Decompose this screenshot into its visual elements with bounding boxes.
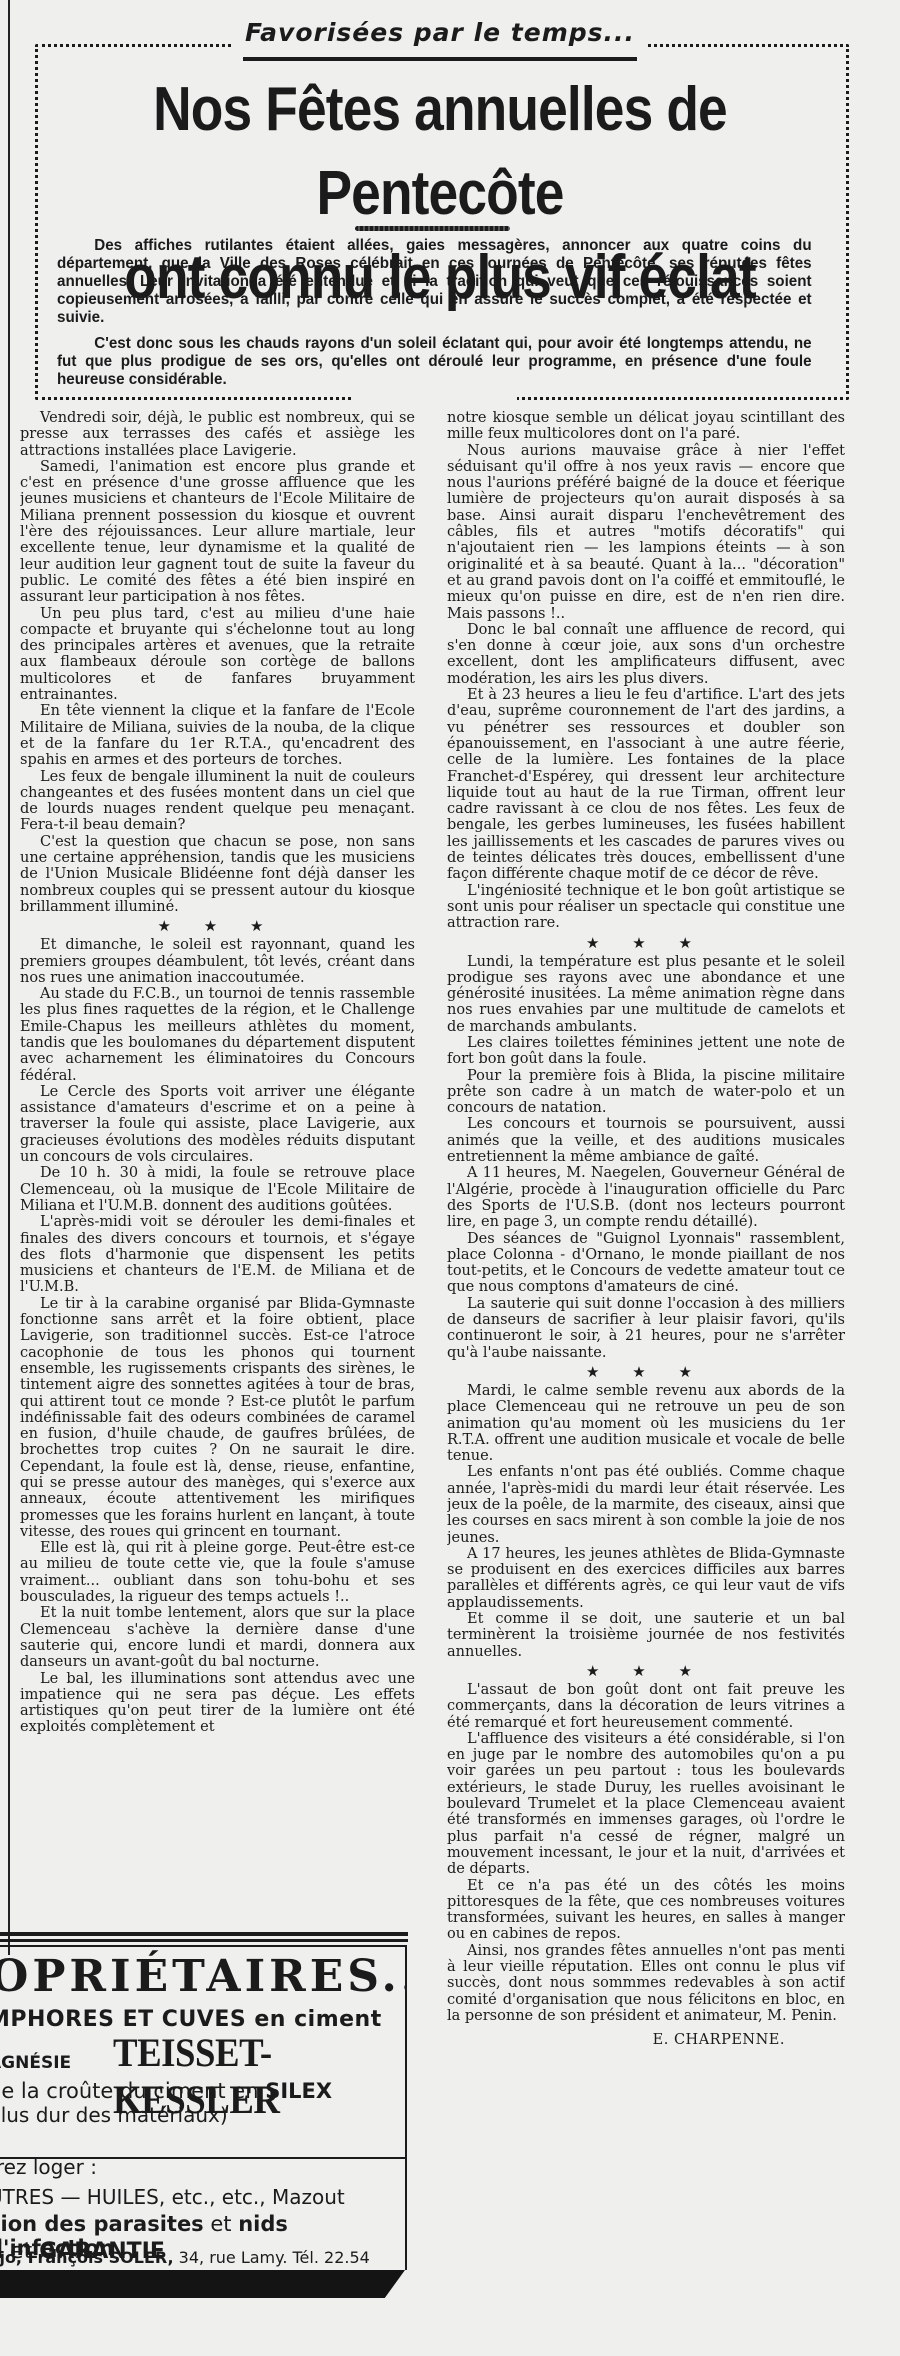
paragraph: Et comme il se doit, une sauterie et un … [447,1611,845,1660]
paragraph: En tête viennent la clique et la fanfare… [20,703,415,768]
column-rule-left [8,0,10,1955]
ad-contact-bold: djo, François SOLER, [0,2248,174,2267]
ad-text-bold: sion des parasites [0,2212,204,2236]
paragraph: Donc le bal connaît une affluence de rec… [447,622,845,687]
frame-gap [352,387,517,401]
ad-text-part: et [210,2212,231,2236]
paragraph: La sauterie qui suit donne l'occasion à … [447,1296,845,1361]
paragraph: Elle est là, qui rit à pleine gorge. Peu… [20,1540,415,1605]
section-separator: ★ ★ ★ [447,934,845,952]
lead-paragraph: Des affiches rutilantes étaient allées, … [57,237,812,327]
paragraph: Au stade du F.C.B., un tournoi de tennis… [20,986,415,1084]
ad-top-rule [0,1939,408,1942]
kicker-underline [243,57,637,61]
paragraph: Le Cercle des Sports voit arriver une él… [20,1084,415,1165]
ad-text: AGNÉSIE [0,2053,71,2073]
paragraph: A 17 heures, les jeunes athlètes de Blid… [447,1546,845,1611]
kicker: Favorisées par le temps... [240,18,640,47]
ad-shadow-bar [0,2270,405,2298]
paragraph: Les feux de bengale illuminent la nuit d… [20,769,415,834]
paragraph: Nous aurions mauvaise grâce à nier l'eff… [447,443,845,622]
paragraph: Mardi, le calme semble revenu aux abords… [447,1383,845,1464]
paragraph: Le bal, les illuminations sont attendus … [20,1671,415,1736]
lead-paragraphs: Des affiches rutilantes étaient allées, … [57,237,812,397]
paragraph: L'après-midi voit se dérouler les demi-f… [20,1214,415,1295]
lead-paragraph: C'est donc sous les chauds rayons d'un s… [57,335,812,389]
headline-line-1: Nos Fêtes annuelles de Pentecôte [96,68,784,236]
paragraph: notre kiosque semble un délicat joyau sc… [447,410,845,443]
paragraph: Des séances de "Guignol Lyonnais" rassem… [447,1231,845,1296]
paragraph: C'est la question que chacun se pose, no… [20,834,415,915]
paragraph: A 11 heures, M. Naegelen, Gouverneur Gén… [447,1165,845,1230]
advertisement: OPRIÉTAIRES... MPHORES ET CUVES en cimen… [0,1945,407,2159]
paragraph: Ainsi, nos grandes fêtes annuelles n'ont… [447,1943,845,2024]
paragraph: Les concours et tournois se poursuivent,… [447,1116,845,1165]
paragraph: Et à 23 heures a lieu le feu d'artifice.… [447,687,845,883]
paragraph: Et la nuit tombe lentement, alors que su… [20,1605,415,1670]
ad-text-part: de la croûte du ciment en [0,2079,259,2103]
paragraph: Samedi, l'animation est encore plus gran… [20,459,415,606]
paragraph: L'affluence des visiteurs a été considér… [447,1731,845,1878]
ad-text: de la croûte du ciment en SILEX [0,2079,332,2103]
paragraph: Le tir à la carabine organisé par Blida-… [20,1296,415,1540]
article-column-right: notre kiosque semble un délicat joyau sc… [447,410,845,2345]
paragraph: Lundi, la température est plus pesante e… [447,954,845,1035]
paragraph: Et dimanche, le soleil est rayonnant, qu… [20,937,415,986]
section-separator: ★ ★ ★ [447,1662,845,1680]
paragraph: Les enfants n'ont pas été oubliés. Comme… [447,1464,845,1545]
paragraph: Un peu plus tard, c'est au milieu d'une … [20,606,415,704]
paragraph: Et ce n'a pas été un des côtés les moins… [447,1878,845,1943]
paragraph: De 10 h. 30 à midi, la foule se retrouve… [20,1165,415,1214]
paragraph: Vendredi soir, déjà, le public est nombr… [20,410,415,459]
section-separator: ★ ★ ★ [447,1363,845,1381]
ad-contact-address: 34, rue Lamy. Tél. 22.54 [179,2248,370,2267]
paragraph: L'ingéniosité technique et le bon goût a… [447,883,845,932]
headline-divider [355,226,510,231]
paragraph: Les claires toilettes féminines jettent … [447,1035,845,1068]
paragraph: Pour la première fois à Blida, la piscin… [447,1068,845,1117]
ad-top-rule [0,1932,408,1936]
ad-text-bold: SILEX [265,2079,332,2103]
ad-text: rrez loger : [0,2155,97,2179]
ad-contact: djo, François SOLER, 34, rue Lamy. Tél. … [0,2248,408,2267]
paragraph: L'assaut de bon goût dont ont fait preuv… [447,1682,845,1731]
section-separator: ★ ★ ★ [20,917,415,935]
ad-text: plus dur des matériaux) [0,2103,228,2127]
author-signature: E. CHARPENNE. [447,2032,845,2048]
article-column-left: Vendredi soir, déjà, le public est nombr… [20,410,415,1930]
ad-text: UTRES — HUILES, etc., etc., Mazout [0,2185,345,2209]
ad-title: OPRIÉTAIRES... [0,1951,407,2002]
